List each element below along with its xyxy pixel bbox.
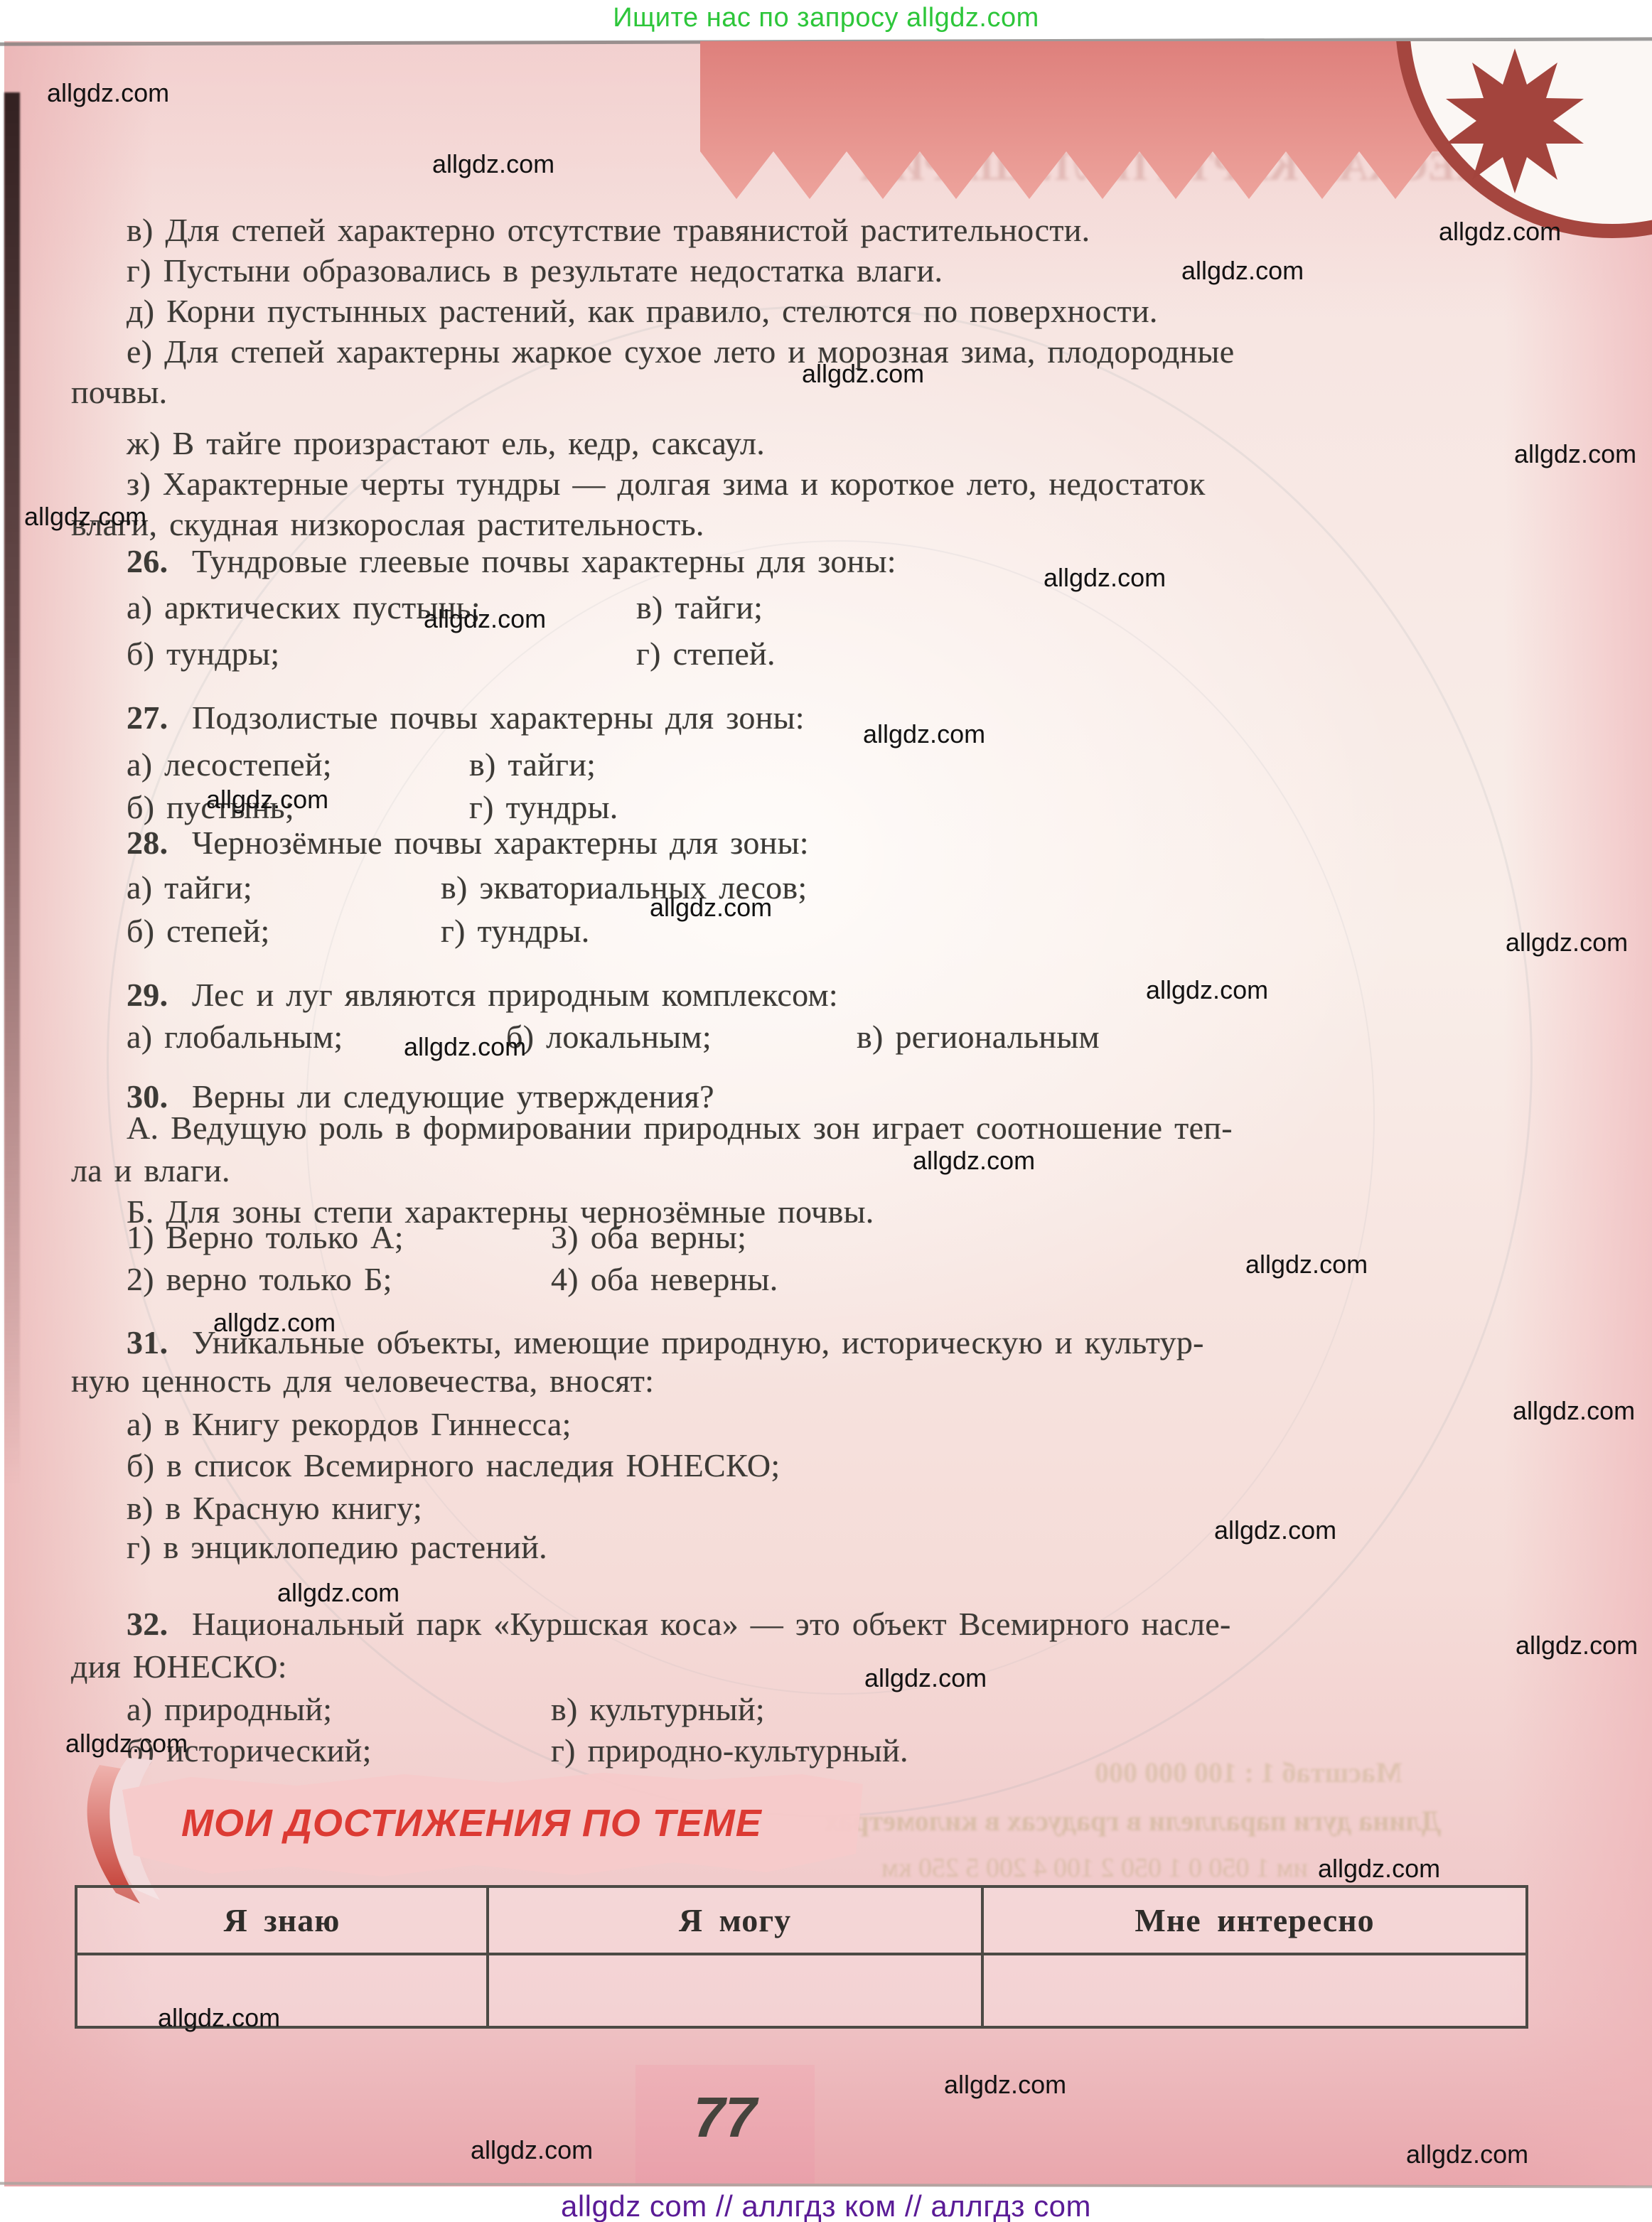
text-line: ла и влаги. [71, 1152, 230, 1189]
text-line: 2) верно только Б; [127, 1260, 392, 1298]
watermark: allgdz.com [1514, 439, 1636, 469]
text-line: 31. [127, 1324, 168, 1361]
text-line: Подзолистые почвы характерны для зоны: [192, 699, 805, 736]
text-line: г) природно-культурный. [551, 1732, 908, 1769]
achievements-banner-title: МОИ ДОСТИЖЕНИЯ ПО ТЕМЕ [181, 1801, 762, 1845]
table-cell-interest [982, 1954, 1527, 2027]
text-line: а) в Книгу рекордов Гиннесса; [127, 1405, 572, 1443]
text-line: в) в Красную книгу; [127, 1489, 422, 1527]
text-line: в) региональным [857, 1018, 1100, 1056]
text-line: б) тундры; [127, 635, 279, 672]
text-line: а) глобальным; [127, 1018, 343, 1056]
text-line: в) Для степей характерно отсутствие трав… [127, 211, 1090, 249]
promo-banner-text: Ищите нас по запросу allgdz.com [0, 3, 1652, 33]
text-line: А. Ведущую роль в формировании природных… [127, 1109, 1233, 1147]
watermark: allgdz.com [864, 1663, 987, 1693]
watermark: allgdz.com [1439, 217, 1561, 247]
text-line: б) степей; [127, 912, 270, 950]
text-line: Национальный парк «Куршская коса» — это … [192, 1605, 1231, 1643]
watermark: allgdz.com [1513, 1396, 1635, 1426]
text-line: в) культурный; [551, 1690, 765, 1728]
text-line: з) Характерные черты тундры — долгая зим… [127, 465, 1206, 503]
page-number-badge: 77 [635, 2065, 815, 2184]
watermark: allgdz.com [1181, 256, 1304, 286]
watermark: allgdz.com [158, 2003, 280, 2033]
watermark: allgdz.com [432, 149, 554, 179]
text-line: в) тайги; [636, 589, 763, 626]
watermark: allgdz.com [206, 785, 328, 815]
text-line: Чернозёмные почвы характерны для зоны: [192, 824, 809, 862]
table-header-can: Я могу [488, 1886, 982, 1954]
watermark: allgdz.com [650, 893, 772, 923]
text-line: г) тундры. [441, 912, 590, 950]
page-number: 77 [635, 2085, 815, 2150]
watermark: allgdz.com [1516, 1631, 1638, 1660]
text-line: г) в энциклопедию растений. [127, 1528, 547, 1566]
watermark: allgdz.com [1245, 1250, 1368, 1279]
watermark: allgdz.com [1318, 1854, 1440, 1884]
text-line: а) лесостепей; [127, 746, 332, 783]
text-line: Уникальные объекты, имеющие природную, и… [192, 1324, 1204, 1361]
text-line: д) Корни пустынных растений, как правило… [127, 292, 1158, 330]
text-line: а) тайги; [127, 869, 252, 906]
text-line: в) тайги; [469, 746, 596, 783]
text-line: 3) оба верны; [551, 1218, 746, 1256]
text-line: б) локальным; [506, 1018, 712, 1056]
watermark: allgdz.com [47, 78, 169, 108]
achievements-table: Я знаю Я могу Мне интересно [75, 1885, 1528, 2029]
text-line: 32. [127, 1605, 168, 1643]
watermark: allgdz.com [913, 1146, 1035, 1176]
text-line: ную ценность для человечества, вносят: [71, 1362, 654, 1400]
table-empty-row [76, 1954, 1527, 2027]
text-line: б) в список Всемирного наследия ЮНЕСКО; [127, 1447, 780, 1484]
text-line: Тундровые глеевые почвы характерны для з… [192, 542, 896, 580]
text-line: дия ЮНЕСКО: [71, 1648, 287, 1685]
table-header-row: Я знаю Я могу Мне интересно [76, 1886, 1527, 1954]
text-line: г) степей. [636, 635, 776, 672]
text-line: ж) В тайге произрастают ель, кедр, сакса… [127, 424, 765, 462]
text-line: 28. [127, 824, 168, 862]
watermark: allgdz.com [404, 1032, 526, 1062]
text-line: влаги, скудная низкорослая растительност… [71, 505, 704, 543]
text-line: е) Для степей характерны жаркое сухое ле… [127, 333, 1234, 370]
table-cell-can [488, 1954, 982, 2027]
text-line: 26. [127, 542, 168, 580]
table-cell-know [76, 1954, 488, 2027]
text-line: г) тундры. [469, 788, 618, 826]
watermark: allgdz.com [863, 719, 985, 749]
watermark: allgdz.com [471, 2135, 593, 2165]
text-line: 27. [127, 699, 168, 736]
watermark: allgdz.com [24, 502, 146, 532]
watermark: allgdz.com [277, 1578, 399, 1608]
table-header-interest: Мне интересно [982, 1886, 1527, 1954]
text-line: Лес и луг являются природным комплексом: [192, 976, 838, 1014]
watermark: allgdz.com [1044, 563, 1166, 593]
text-line: а) природный; [127, 1690, 332, 1728]
screenshot-root: { "header": { "promo_text": "Ищите нас п… [0, 0, 1652, 2222]
watermark: allgdz.com [424, 604, 546, 634]
watermark: allgdz.com [944, 2070, 1066, 2100]
text-line: г) Пустыни образовались в результате нед… [127, 252, 943, 289]
text-line: 29. [127, 976, 168, 1014]
footer-links: allgdz com // аллгдз ком // аллгдз com [0, 2189, 1652, 2222]
watermark: allgdz.com [65, 1729, 188, 1759]
watermark: allgdz.com [1146, 975, 1268, 1005]
table-header-know: Я знаю [76, 1886, 488, 1954]
watermark: allgdz.com [1406, 2140, 1528, 2169]
watermark: allgdz.com [1214, 1515, 1336, 1545]
watermark: allgdz.com [1506, 928, 1628, 957]
text-line: почвы. [71, 373, 168, 411]
watermark: allgdz.com [213, 1308, 336, 1338]
watermark: allgdz.com [802, 359, 924, 389]
text-line: 4) оба неверны. [551, 1260, 778, 1298]
book-spine-shadow [4, 92, 20, 1486]
text-line: 1) Верно только А; [127, 1218, 404, 1256]
